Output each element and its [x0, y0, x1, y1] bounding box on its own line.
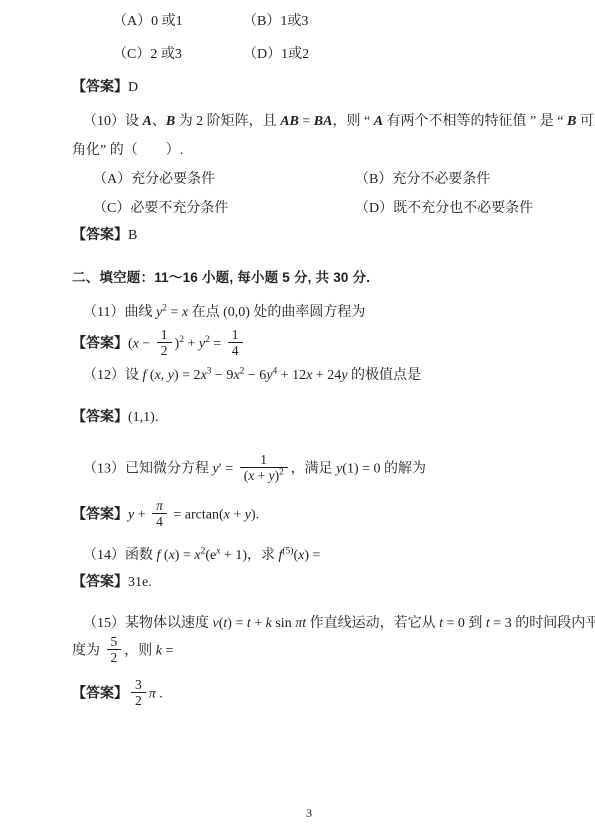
text-run: + — [251, 616, 266, 631]
text-run: B — [567, 114, 576, 129]
text-run: 作直线运动，若它从 — [306, 616, 439, 631]
text-run: = — [210, 337, 225, 352]
text-run: + — [254, 468, 268, 483]
fraction: π4 — [152, 498, 167, 529]
text-run: sin — [272, 616, 295, 631]
q10-options-row-2: （C）必要不充分条件（D）既不充分也不必要条件 — [72, 198, 571, 220]
text-run: 二、填空题：11～16 小题, 每小题 5 分, 共 30 分. — [72, 270, 370, 285]
text-run: 1 — [260, 452, 267, 467]
answer-14: 【答案】31e. — [72, 572, 571, 594]
section-heading: 二、填空题：11～16 小题, 每小题 5 分, 共 30 分. — [72, 267, 571, 290]
fraction: 1(x + y)2 — [240, 452, 288, 483]
q9-options-row-1-col1: （A）0 或1 — [113, 11, 243, 33]
text-run: 【答案】 — [72, 80, 128, 95]
answer-9: 【答案】D — [72, 77, 571, 99]
q9-options-row-2: （C）2 或3（D）1或2 — [72, 44, 571, 66]
text-run: BA — [314, 114, 333, 129]
text-run: ，则 “ — [332, 114, 373, 129]
text-run: = — [162, 644, 173, 659]
answer-11: 【答案】(x − 12)2 + y2 = 14 — [72, 329, 571, 360]
fraction-numerator: 1 — [228, 327, 243, 342]
q15-text-line-1: （15）某物体以速度 v(t) = t + k sin πt 作直线运动，若它从… — [72, 613, 571, 635]
text-run: （D）1或2 — [243, 47, 309, 62]
text-run: （A）0 或1 — [113, 14, 183, 29]
text-run: 1 — [232, 327, 239, 342]
fraction-numerator: 1 — [240, 452, 288, 467]
text-run: − 9 — [212, 368, 234, 383]
q10-text-line-2: 角化” 的（ ）. — [72, 140, 571, 162]
text-run: A — [374, 114, 383, 129]
text-run: （C）2 或3 — [113, 47, 182, 62]
q10-options-row-2-col1: （C）必要不充分条件 — [93, 198, 355, 220]
superscript: 2 — [279, 467, 284, 477]
text-run: , — [161, 368, 168, 383]
text-run: B — [128, 228, 137, 243]
q10-options-row-1-col1: （A）充分必要条件 — [93, 169, 355, 191]
text-run: （15）某物体以速度 — [83, 616, 213, 631]
text-run: D — [128, 80, 138, 95]
text-run: 2 — [135, 693, 142, 708]
answer-12: 【答案】(1,1). — [72, 407, 571, 429]
text-run: 3 — [135, 677, 142, 692]
text-run: + — [184, 337, 199, 352]
fraction-denominator: 2 — [107, 649, 122, 665]
text-run: （B）1或3 — [243, 14, 308, 29]
text-run: （11）曲线 — [83, 305, 156, 320]
q11-text: （11）曲线 y2 = x 在点 (0,0) 处的曲率圆方程为 — [72, 302, 571, 324]
text-run: 【答案】 — [72, 575, 128, 590]
text-run: (e — [205, 548, 216, 563]
text-run: = arctan( — [170, 508, 224, 523]
text-run: 度为 — [72, 644, 104, 659]
q12-text: （12）设 f (x, y) = 2x3 − 9x2 − 6y4 + 12x +… — [72, 365, 571, 387]
text-run: + 1)，求 — [220, 548, 278, 563]
superscript: (5) — [282, 546, 293, 556]
text-run: π — [149, 687, 156, 702]
text-run: ( — [160, 548, 168, 563]
text-run: 可对 — [576, 114, 595, 129]
text-run: ). — [251, 508, 259, 523]
text-run: 4 — [232, 343, 239, 358]
text-run: ，满足 — [291, 462, 337, 477]
text-run: − 6 — [244, 368, 266, 383]
text-run: + 24 — [312, 368, 341, 383]
text-run: 【答案】 — [72, 410, 128, 425]
fraction-denominator: 2 — [131, 692, 146, 708]
text-run: = 0 到 — [443, 616, 486, 631]
text-run: 【答案】 — [72, 687, 128, 702]
fraction-numerator: 3 — [131, 677, 146, 692]
answer-15: 【答案】32π . — [72, 679, 571, 710]
text-run: 【答案】 — [72, 508, 128, 523]
text-run: 为 2 阶矩阵，且 — [175, 114, 280, 129]
fraction-numerator: 1 — [157, 327, 172, 342]
text-run: 31e. — [128, 575, 152, 590]
text-run: （A）充分必要条件 — [93, 172, 215, 187]
text-run: 的极值点是 — [348, 368, 422, 383]
text-run: ) = — [175, 548, 195, 563]
text-run: （13）已知微分方程 — [83, 462, 213, 477]
text-run: 2 — [161, 343, 168, 358]
q10-options-row-1: （A）充分必要条件（B）充分不必要条件 — [72, 169, 571, 191]
text-run: （C）必要不充分条件 — [93, 201, 228, 216]
text-run: AB — [280, 114, 299, 129]
text-run: ′ = — [219, 462, 237, 477]
q9-options-row-1: （A）0 或1（B）1或3 — [72, 11, 571, 33]
text-run: （14）函数 — [83, 548, 157, 563]
text-run: 【答案】 — [72, 337, 128, 352]
text-run: 、 — [152, 114, 166, 129]
text-run: ) = — [227, 616, 247, 631]
text-run: 2 — [111, 650, 118, 665]
text-run: A — [143, 114, 152, 129]
text-run: 【答案】 — [72, 228, 128, 243]
q15-text-line-2: 度为 52，则 k = — [72, 636, 571, 667]
text-run: 有两个不相等的特征值 ” 是 “ — [383, 114, 567, 129]
text-run: = 3 的时间段内平均速 — [490, 616, 595, 631]
q10-text-line-1: （10）设 A、B 为 2 阶矩阵，且 AB = BA，则 “ A 有两个不相等… — [72, 111, 571, 133]
fraction-denominator: 4 — [152, 513, 167, 529]
answer-13: 【答案】y + π4 = arctan(x + y). — [72, 500, 571, 531]
text-run: − — [139, 337, 154, 352]
fraction: 32 — [131, 677, 146, 708]
fraction: 14 — [228, 327, 243, 358]
text-run: （D）既不充分也不必要条件 — [355, 201, 533, 216]
text-run: (1) = 0 的解为 — [342, 462, 426, 477]
text-run: = — [299, 114, 314, 129]
text-run: + 12 — [277, 368, 306, 383]
text-run: （12）设 — [83, 368, 143, 383]
text-run: B — [166, 114, 175, 129]
text-run: = — [167, 305, 182, 320]
text-run: πt — [295, 616, 306, 631]
page-number: 3 — [306, 806, 312, 820]
answer-10: 【答案】B — [72, 225, 571, 247]
text-run: 在点 (0,0) 处的曲率圆方程为 — [188, 305, 365, 320]
document-body: （A）0 或1（B）1或3（C）2 或3（D）1或2【答案】D（10）设 A、B… — [72, 11, 571, 710]
fraction-numerator: π — [152, 498, 167, 513]
q13-text: （13）已知微分方程 y′ = 1(x + y)2，满足 y(1) = 0 的解… — [72, 454, 571, 485]
fraction-denominator: (x + y)2 — [240, 467, 288, 483]
q10-options-row-2-col2: （D）既不充分也不必要条件 — [355, 201, 533, 216]
q9-options-row-2-col1: （C）2 或3 — [113, 44, 243, 66]
text-run: ) = — [304, 548, 320, 563]
text-run: + — [134, 508, 149, 523]
text-run: ( — [146, 368, 154, 383]
fraction-numerator: 5 — [107, 634, 122, 649]
fraction: 52 — [107, 634, 122, 665]
text-run: 5 — [111, 634, 118, 649]
fraction-denominator: 2 — [157, 342, 172, 358]
text-run: π — [156, 498, 163, 513]
text-run: + — [230, 508, 245, 523]
q9-options-row-2-col2: （D）1或2 — [243, 47, 309, 62]
text-run: （10）设 — [83, 114, 143, 129]
text-run: （B）充分不必要条件 — [355, 172, 490, 187]
text-run: (1,1). — [128, 410, 158, 425]
text-run: 4 — [156, 514, 163, 529]
text-run: 1 — [161, 327, 168, 342]
fraction-denominator: 4 — [228, 342, 243, 358]
q14-text: （14）函数 f (x) = x2(ex + 1)，求 f(5)(x) = — [72, 545, 571, 567]
text-run: 角化” 的（ ）. — [72, 143, 183, 158]
fraction: 12 — [157, 327, 172, 358]
q10-options-row-1-col2: （B）充分不必要条件 — [355, 172, 490, 187]
text-run: ) = 2 — [174, 368, 201, 383]
text-run: ，则 — [124, 644, 156, 659]
text-run: . — [156, 687, 163, 702]
q9-options-row-1-col2: （B）1或3 — [243, 14, 308, 29]
document-page: （A）0 或1（B）1或3（C）2 或3（D）1或2【答案】D（10）设 A、B… — [0, 0, 595, 838]
